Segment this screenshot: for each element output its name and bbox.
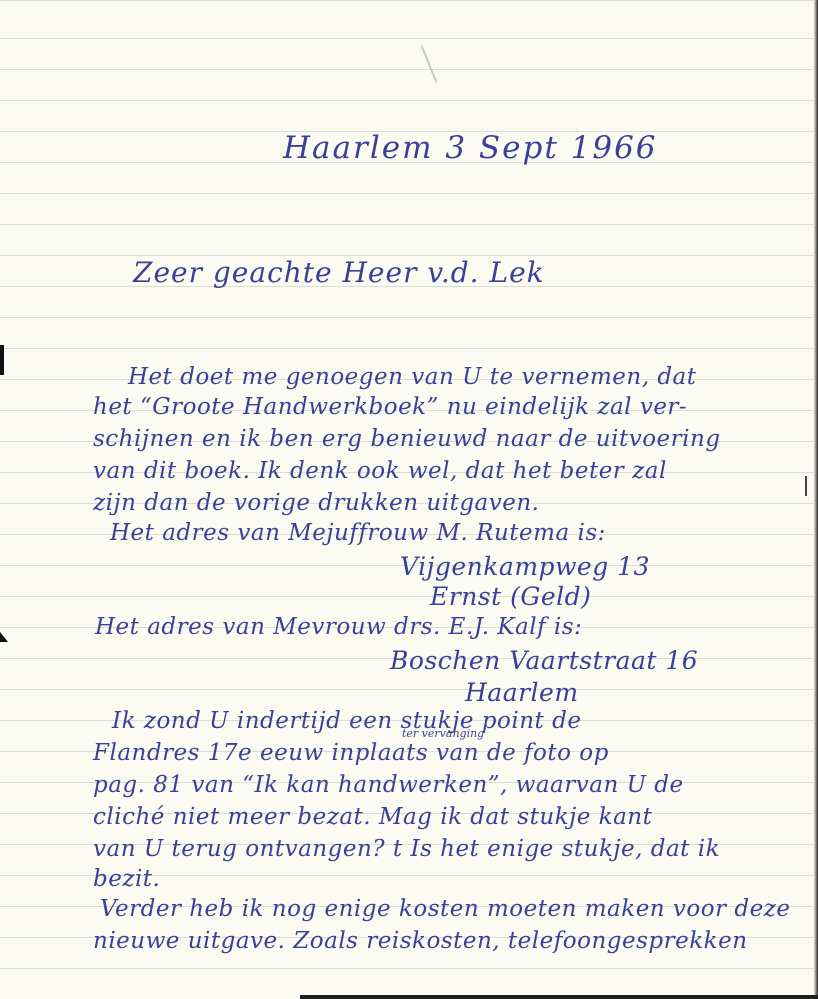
- body-line: het “Groote Handwerkboek” nu eindelijk z…: [93, 394, 687, 420]
- address-city: Haarlem: [465, 678, 579, 707]
- body-line: Het doet me genoegen van U te vernemen, …: [128, 364, 697, 390]
- body-line: van U terug ontvangen? t Is het enige st…: [93, 836, 720, 862]
- body-line: nieuwe uitgave. Zoals reiskosten, telefo…: [93, 928, 748, 954]
- body-line: Flandres 17e eeuw inplaats van de foto o…: [93, 740, 609, 766]
- body-line: schijnen en ik ben erg benieuwd naar de …: [93, 426, 721, 452]
- letter-date: Haarlem 3 Sept 1966: [283, 130, 658, 166]
- body-line: bezit.: [93, 866, 160, 892]
- address-intro: Het adres van Mejuffrouw M. Rutema is:: [110, 520, 606, 546]
- address-street: Vijgenkampweg 13: [400, 552, 650, 581]
- inserted-correction: ter vervanging: [402, 727, 484, 740]
- paper-bottom-edge: [300, 995, 818, 999]
- body-line: van dit boek. Ik denk ook wel, dat het b…: [93, 458, 667, 484]
- body-line: Verder heb ik nog enige kosten moeten ma…: [100, 896, 791, 922]
- letter-salutation: Zeer geachte Heer v.d. Lek: [133, 256, 545, 289]
- left-edge-mark: [0, 345, 4, 375]
- margin-tick-mark: [805, 476, 807, 496]
- address-city: Ernst (Geld): [430, 582, 591, 611]
- body-line: pag. 81 van “Ik kan handwerken”, waarvan…: [93, 772, 684, 798]
- address-intro: Het adres van Mevrouw drs. E.J. Kalf is:: [95, 614, 582, 640]
- address-street: Boschen Vaartstraat 16: [390, 646, 698, 675]
- paper-right-edge: [814, 0, 818, 999]
- body-line: cliché niet meer bezat. Mag ik dat stukj…: [93, 804, 652, 830]
- body-line: zijn dan de vorige drukken uitgaven.: [93, 490, 540, 516]
- body-line: Ik zond U indertijd een stukje point de: [112, 708, 581, 734]
